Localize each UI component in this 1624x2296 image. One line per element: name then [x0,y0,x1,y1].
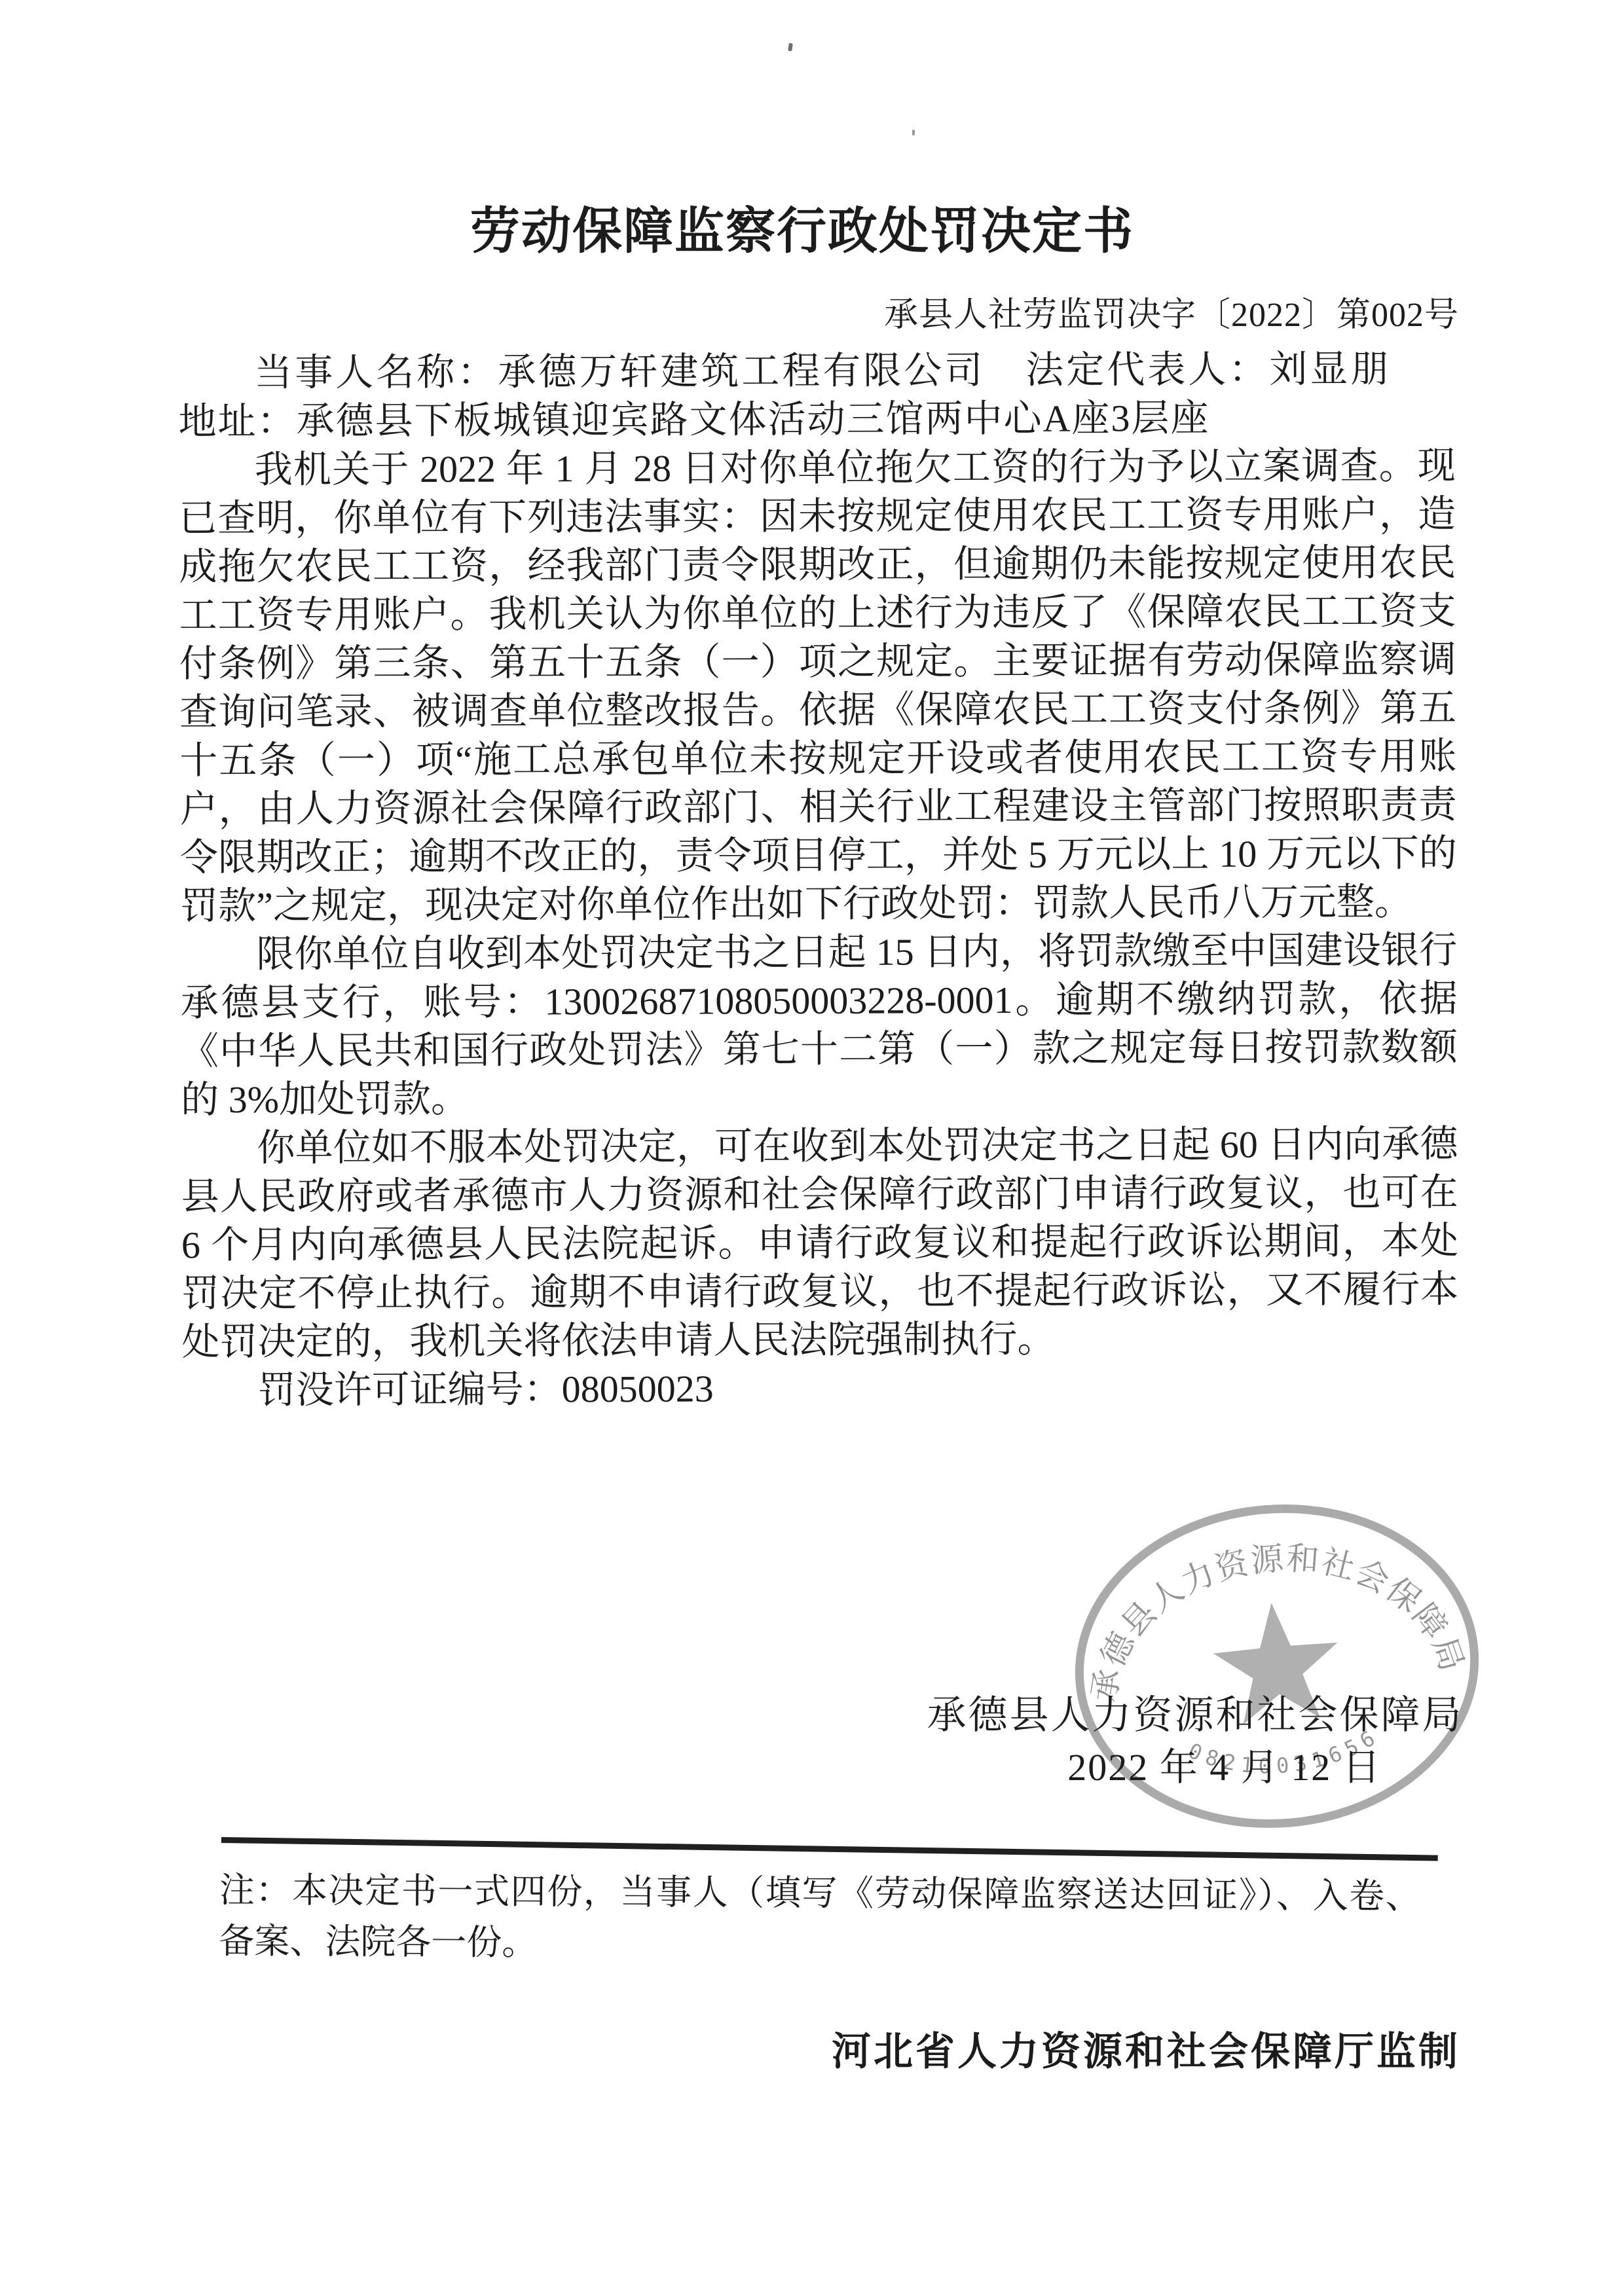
issue-date: 2022 年 4 月 12 日 [923,1736,1526,1791]
facts-and-penalty-paragraph: 我机关于 2022 年 1 月 28 日对你单位拖欠工资的行为予以立案调查。现已… [179,442,1458,931]
appeal-rights-paragraph: 你单位如不服本处罚决定，可在收到本处罚决定书之日起 60 日内向承德县人民政府或… [181,1120,1458,1367]
distribution-note: 注：本决定书一式四份，当事人（填写《劳动保障监察送达回证》）、入卷、备案、法院各… [219,1865,1421,1973]
footnote-divider-line [221,1837,1438,1861]
penalty-license-number-line: 罚没许可证编号：08050023 [182,1362,1459,1415]
document-title: 劳动保障监察行政处罚决定书 [164,191,1441,263]
issuing-agency-signature: 承德县人力资源和社会保障局 [920,1684,1470,1740]
document-body: 当事人名称：承德万轩建筑工程有限公司 法定代表人：刘显朋 地址：承德县下板城镇迎… [178,345,1459,1415]
party-name-line: 当事人名称：承德万轩建筑工程有限公司 法定代表人：刘显朋 [178,345,1455,398]
form-producer-footer: 河北省人力资源和社会保障厅监制 [832,2020,1441,2077]
scan-artifact-speck [788,43,793,52]
payment-instructions-paragraph: 限你单位自收到本处罚决定书之日起 15 日内，将罚款缴至中国建设银行承德县支行，… [180,926,1458,1125]
scanned-document-page: 劳动保障监察行政处罚决定书 承县人社劳监罚决字〔2022〕第002号 当事人名称… [0,0,1624,2296]
scan-artifact-speck [912,130,915,136]
party-address-line: 地址：承德县下板城镇迎宾路文体活动三馆两中心A座3层座 [178,393,1455,446]
document-reference-number: 承县人社劳监罚决字〔2022〕第002号 [884,287,1459,336]
